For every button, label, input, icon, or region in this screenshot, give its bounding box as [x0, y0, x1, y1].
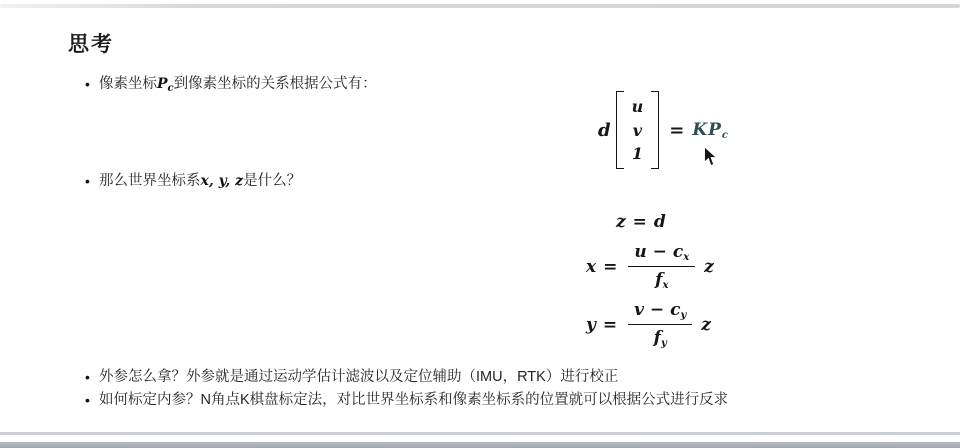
bullet-icon: • — [85, 75, 99, 94]
formula-rhs-KPc: KPc — [692, 120, 729, 141]
vector-row-u: u — [632, 97, 644, 116]
bottom-border-line — [0, 432, 960, 435]
eq-x-tail-z: z — [704, 257, 714, 277]
matrix-right-bracket — [651, 91, 659, 169]
equation-y: y = v − cy fy z — [586, 300, 711, 349]
bullet1-post: 到像素坐标的关系根据公式有： — [174, 76, 377, 92]
bullet-text: 那么世界坐标系x, y, z是什么？ — [99, 172, 301, 191]
equals-sign: = — [603, 257, 617, 277]
equals-sign: = — [633, 212, 647, 232]
page-title: 思考 — [68, 28, 114, 58]
eq-y-lhs: y — [586, 315, 596, 335]
bullet-item-world-coord: • 那么世界坐标系x, y, z是什么？ — [85, 172, 505, 191]
bullet-icon: • — [85, 391, 99, 410]
bullet-item-pixel-coord: • 像素坐标Pc到像素坐标的关系根据公式有： — [85, 75, 545, 98]
bullet1-pre: 像素坐标 — [99, 76, 157, 92]
slide-page: 思考 • 像素坐标Pc到像素坐标的关系根据公式有： d u v 1 = KPc … — [0, 0, 960, 448]
fraction-x: u − cx fx — [628, 242, 695, 291]
fraction-y-numerator: v − cy — [628, 300, 692, 325]
matrix-vector-uv1: u v 1 — [624, 97, 652, 163]
math-var-P: Pc — [157, 76, 174, 92]
fraction-x-numerator: u − cx — [628, 242, 695, 267]
bullet-icon: • — [85, 172, 99, 191]
bullet-icon: • — [85, 368, 99, 387]
mouse-cursor-icon — [703, 146, 719, 168]
bottom-edge-band — [0, 442, 960, 448]
fraction-x-denominator: fx — [655, 267, 668, 291]
eq-z-rhs: d — [654, 212, 666, 232]
matrix-coefficient-d: d — [598, 120, 611, 141]
fraction-y: v − cy fy — [628, 300, 692, 349]
math-vars-xyz: x, y, z — [201, 173, 244, 189]
bullet2-post: 是什么？ — [243, 173, 301, 189]
eq-x-lhs: x — [586, 257, 596, 277]
matrix-left-bracket — [616, 91, 624, 169]
equation-x: x = u − cx fx z — [586, 242, 714, 291]
equals-sign: = — [669, 120, 684, 141]
bullet-text: 如何标定内参？N角点K棋盘标定法，对比世界坐标系和像素坐标系的位置就可以根据公式… — [99, 391, 728, 410]
bullet2-pre: 那么世界坐标系 — [99, 173, 201, 189]
equation-z-equals-d: z = d — [616, 212, 666, 232]
bullet-item-extrinsics: • 外参怎么拿？外参就是通过运动学估计滤波以及定位辅助（IMU，RTK）进行校正 — [85, 368, 885, 387]
eq-z-lhs: z — [616, 212, 626, 232]
vector-row-v: v — [633, 121, 642, 140]
Pc-subscript: c — [722, 130, 729, 141]
bullet-text: 像素坐标Pc到像素坐标的关系根据公式有： — [99, 75, 377, 98]
fraction-y-denominator: fy — [654, 325, 667, 349]
top-border-line — [0, 4, 960, 8]
vector-row-1: 1 — [632, 144, 643, 163]
equals-sign: = — [603, 315, 617, 335]
bullet-item-intrinsics: • 如何标定内参？N角点K棋盘标定法，对比世界坐标系和像素坐标系的位置就可以根据… — [85, 391, 915, 410]
eq-y-tail-z: z — [701, 315, 711, 335]
bullet-text: 外参怎么拿？外参就是通过运动学估计滤波以及定位辅助（IMU，RTK）进行校正 — [99, 368, 618, 387]
